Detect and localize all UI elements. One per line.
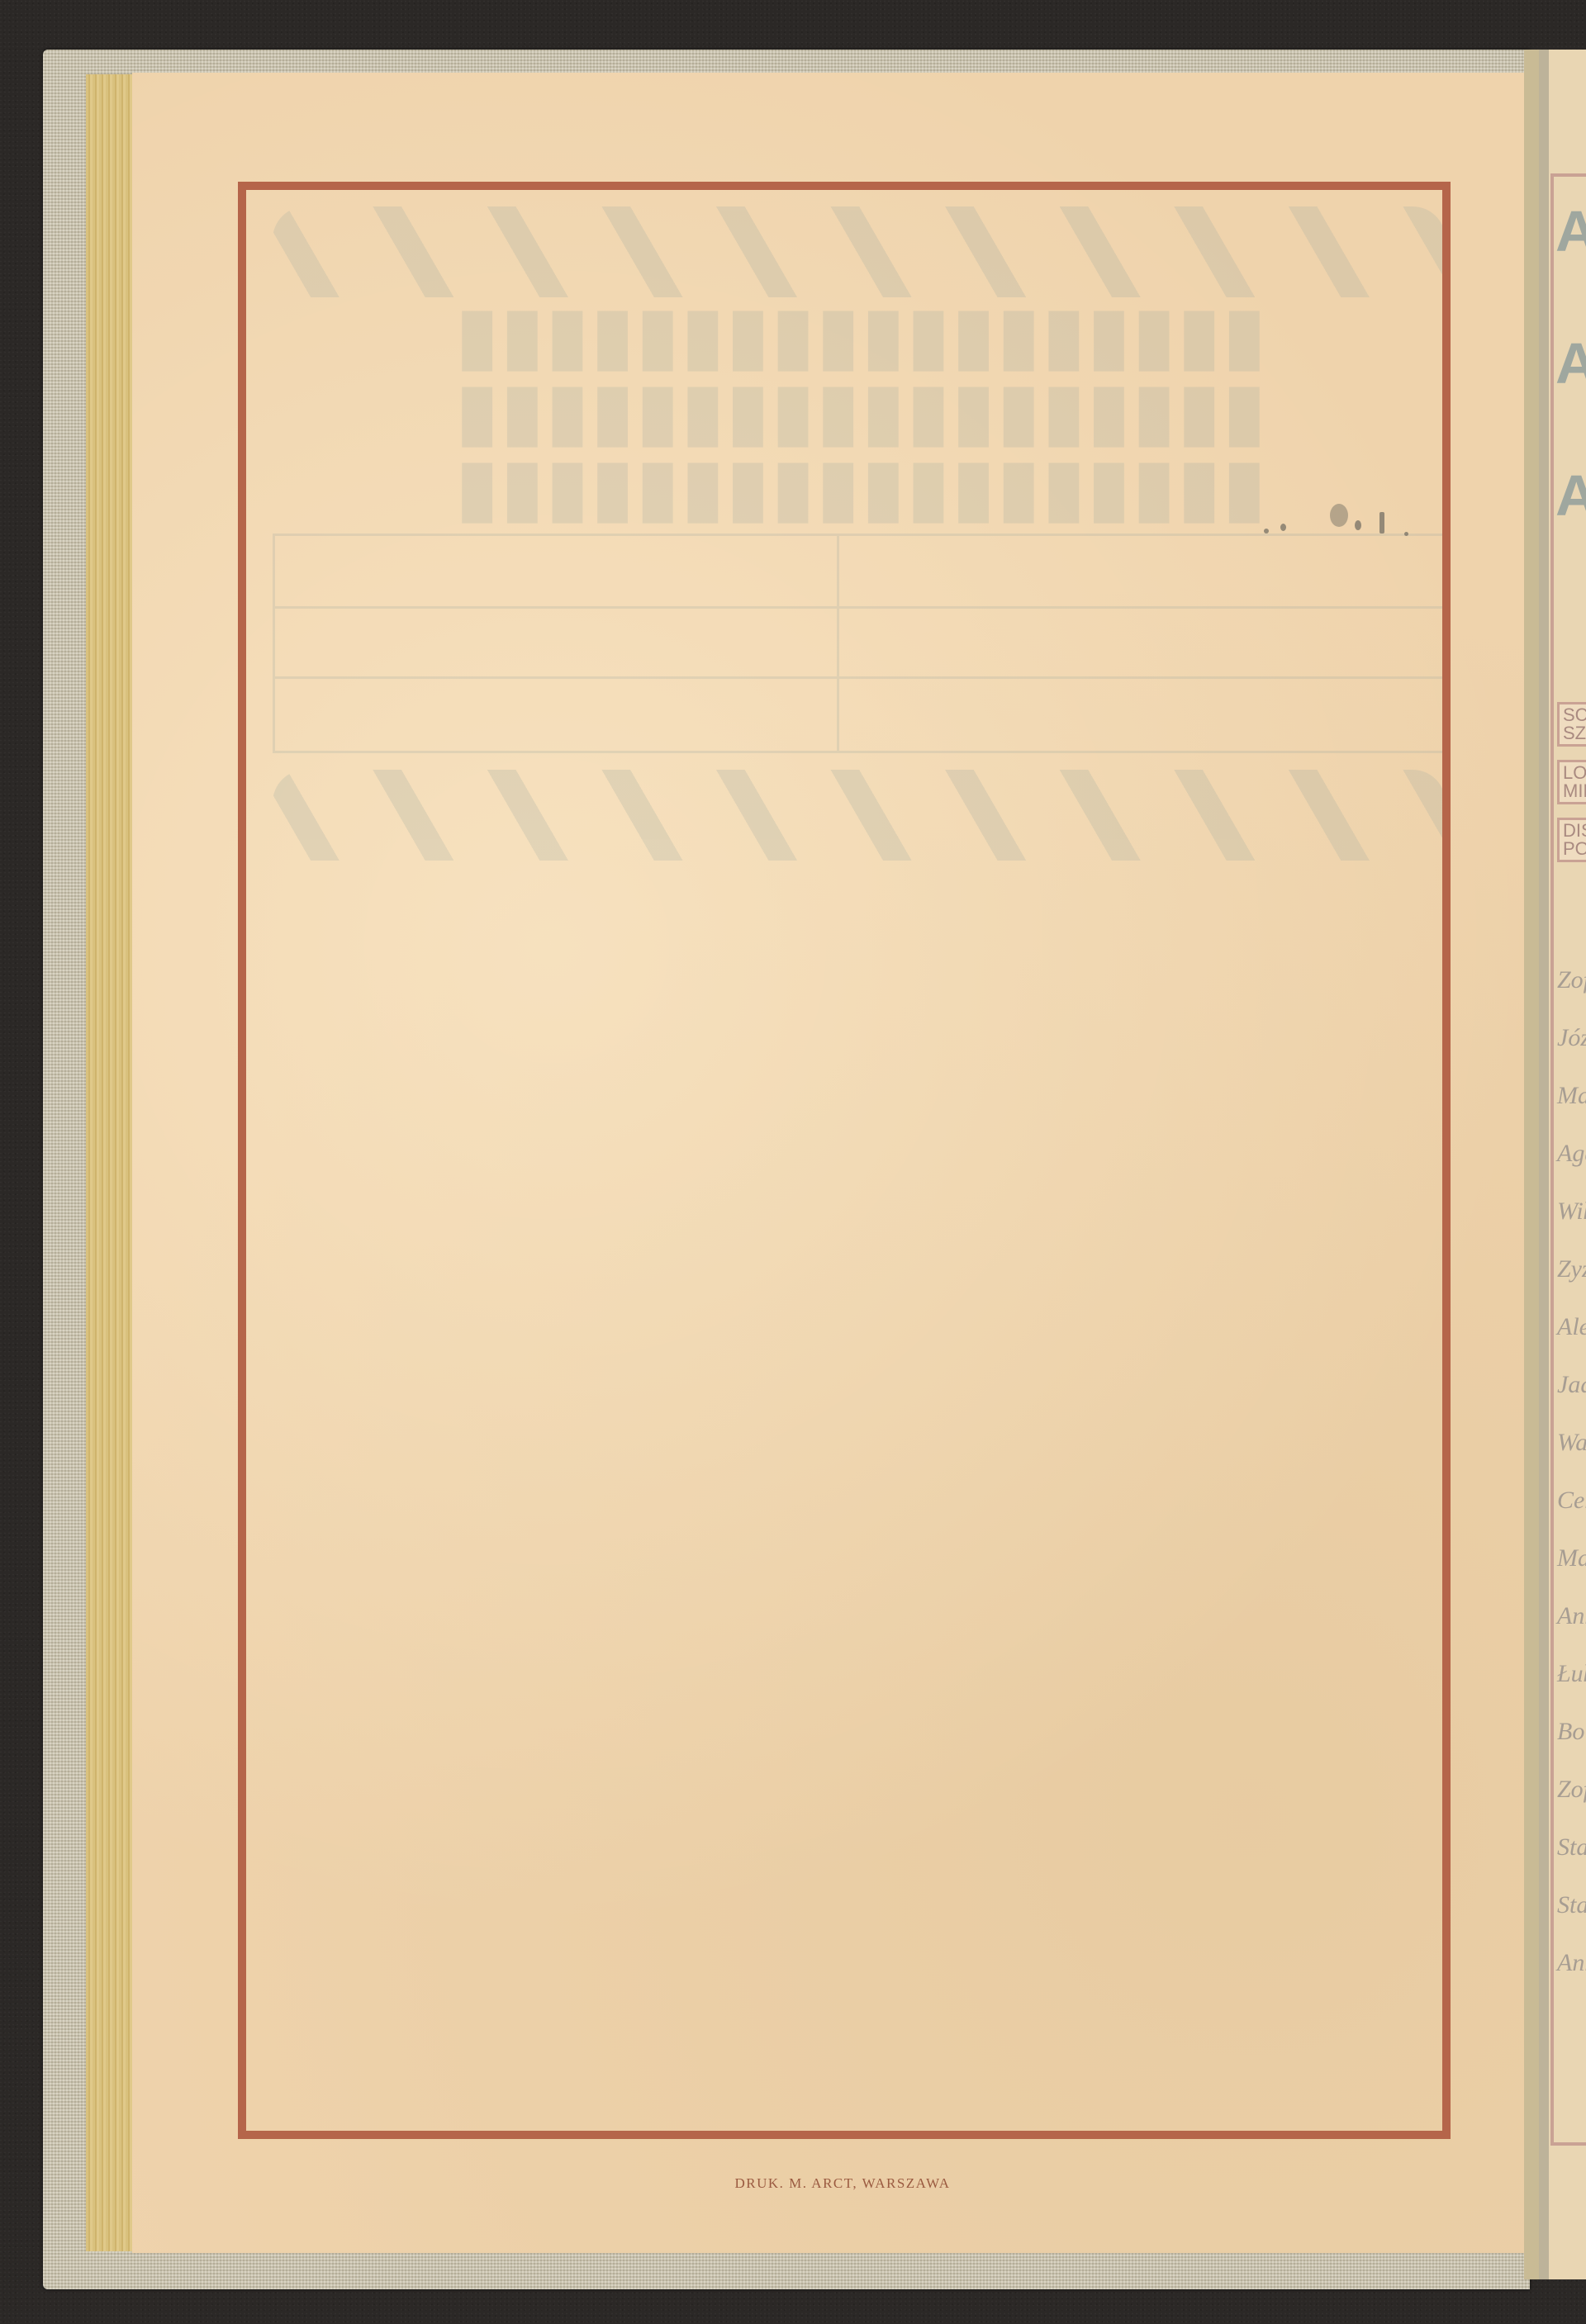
label-locality: LOCA MIEJ <box>1557 760 1586 804</box>
handwritten-name: Jadw <box>1557 1371 1586 1399</box>
handwritten-name: Anna <box>1557 1949 1586 1977</box>
handwritten-name: Anna <box>1557 1602 1586 1630</box>
adjacent-page-edge: A A A SCHO SZKO LOCA MIEJ DISTR POW Zofj… <box>1524 50 1586 2279</box>
decorative-letter: A <box>1555 198 1586 264</box>
handwritten-name: Stan <box>1557 1833 1586 1862</box>
handwritten-name: Zofja <box>1557 966 1586 994</box>
handwritten-name: Agata <box>1557 1140 1586 1168</box>
handwritten-name: Ale <box>1557 1313 1586 1341</box>
handwritten-name: Marja <box>1557 1082 1586 1110</box>
ink-stains <box>1264 504 1429 553</box>
page-frame-border <box>238 182 1451 2139</box>
handwritten-name: Józefa <box>1557 1024 1586 1052</box>
handwritten-name: Zyzm <box>1557 1255 1586 1283</box>
handwritten-name: Zofja <box>1557 1776 1586 1804</box>
label-school: SCHO SZKO <box>1557 702 1586 747</box>
handwritten-name: Ceno <box>1557 1487 1586 1515</box>
page-edges <box>86 74 134 2251</box>
handwritten-name: Marj <box>1557 1544 1586 1572</box>
handwritten-name: Wikto <box>1557 1198 1586 1226</box>
handwritten-name: Łuka <box>1557 1660 1586 1688</box>
handwritten-name: Stani <box>1557 1891 1586 1919</box>
handwritten-name: Walery <box>1557 1429 1586 1457</box>
decorative-letter: A <box>1555 330 1586 396</box>
handwritten-name: Bole <box>1557 1718 1586 1746</box>
label-district: DISTR POW <box>1557 818 1586 862</box>
printer-imprint: DRUK. M. ARCT, WARSZAWA <box>0 2175 1586 2192</box>
decorative-letter: A <box>1555 462 1586 529</box>
